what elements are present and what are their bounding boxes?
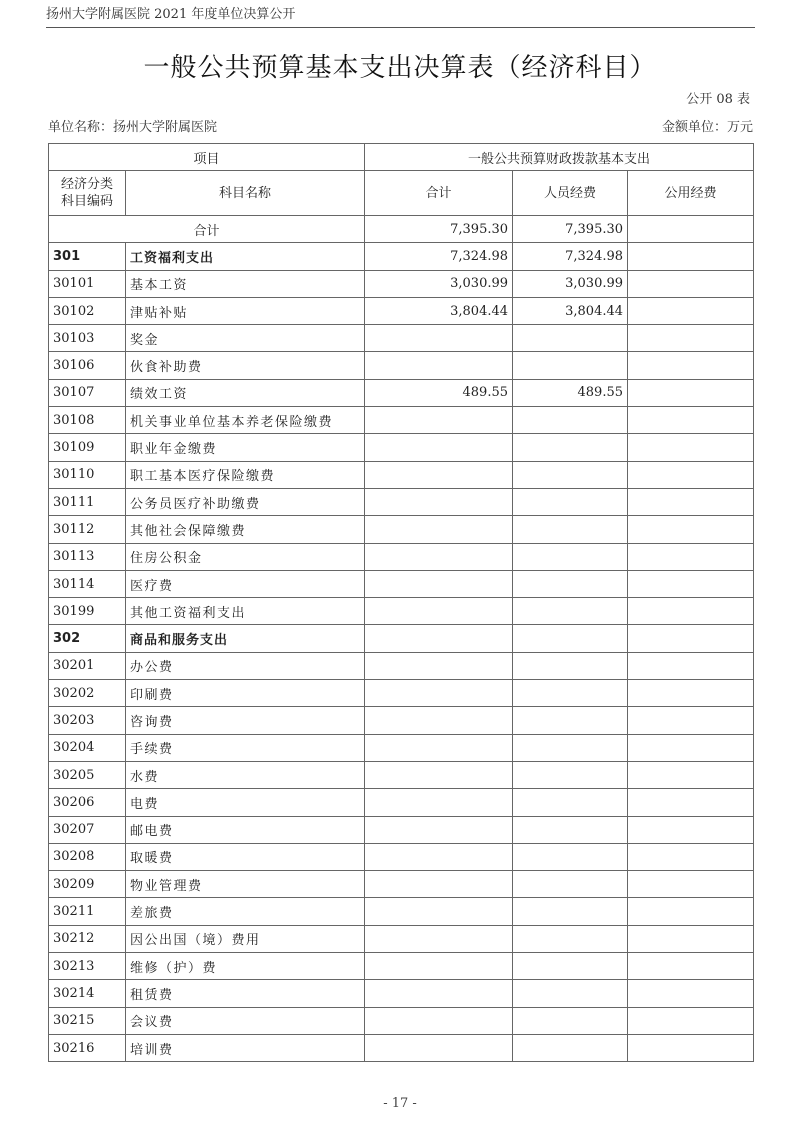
cell-staff [513,898,628,925]
cell-code: 30201 [49,652,126,679]
cell-staff [513,816,628,843]
cell-public [628,816,754,843]
cell-staff [513,707,628,734]
cell-code: 30204 [49,734,126,761]
cell-total [365,898,513,925]
cell-code: 30216 [49,1034,126,1061]
cell-name: 租赁费 [126,980,365,1007]
table-row: 30207邮电费 [49,816,754,843]
cell-name: 其他社会保障缴费 [126,516,365,543]
cell-staff [513,734,628,761]
table-row: 30112其他社会保障缴费 [49,516,754,543]
cell-code: 30211 [49,898,126,925]
cell-staff [513,1007,628,1034]
unit-info-row: 单位名称：扬州大学附属医院 金额单位：万元 [48,119,753,137]
cell-staff [513,625,628,652]
cell-public [628,488,754,515]
cell-public [628,925,754,952]
cell-staff [513,843,628,870]
table-row: 30203咨询费 [49,707,754,734]
cell-staff [513,871,628,898]
cell-code: 30112 [49,516,126,543]
group-row: 302商品和服务支出 [49,625,754,652]
cell-total [365,707,513,734]
cell-public [628,434,754,461]
cell-code: 30108 [49,407,126,434]
cell-staff [513,1034,628,1061]
cell-code: 301 [49,243,126,270]
header-code: 经济分类 科目编码 [49,171,126,216]
cell-staff: 3,030.99 [513,270,628,297]
header-group: 一般公共预算财政拨款基本支出 [365,144,754,171]
cell-staff [513,598,628,625]
table-row: 30212因公出国（境）费用 [49,925,754,952]
cell-name: 差旅费 [126,898,365,925]
table-row: 30214租赁费 [49,980,754,1007]
cell-name: 手续费 [126,734,365,761]
cell-total [365,598,513,625]
cell-total [365,925,513,952]
cell-code: 30207 [49,816,126,843]
cell-code: 30212 [49,925,126,952]
header-public: 公用经费 [628,171,754,216]
cell-public [628,543,754,570]
header-row-1: 项目 一般公共预算财政拨款基本支出 [49,144,754,171]
cell-staff [513,980,628,1007]
table-row: 30205水费 [49,761,754,788]
expenditure-table: 项目 一般公共预算财政拨款基本支出 经济分类 科目编码 科目名称 合计 人员经费… [48,143,754,1062]
cell-code: 30107 [49,379,126,406]
cell-public [628,379,754,406]
cell-name: 维修（护）费 [126,953,365,980]
cell-name: 商品和服务支出 [126,625,365,652]
cell-total [365,407,513,434]
cell-staff [513,789,628,816]
total-row: 合计 7,395.30 7,395.30 [49,216,754,243]
cell-public [628,680,754,707]
cell-total [365,871,513,898]
table-row: 30202印刷费 [49,680,754,707]
cell-staff: 7,324.98 [513,243,628,270]
total-total: 7,395.30 [365,216,513,243]
header-name: 科目名称 [126,171,365,216]
table-row: 30213维修（护）费 [49,953,754,980]
cell-code: 30213 [49,953,126,980]
header-code-line2: 科目编码 [53,193,121,210]
cell-total [365,516,513,543]
cell-name: 医疗费 [126,570,365,597]
cell-staff [513,953,628,980]
cell-code: 30101 [49,270,126,297]
table-row: 30109职业年金缴费 [49,434,754,461]
total-staff: 7,395.30 [513,216,628,243]
cell-staff [513,325,628,352]
cell-name: 住房公积金 [126,543,365,570]
cell-staff [513,925,628,952]
cell-staff [513,543,628,570]
table-row: 30106伙食补助费 [49,352,754,379]
cell-total [365,1007,513,1034]
cell-total: 3,030.99 [365,270,513,297]
cell-code: 30103 [49,325,126,352]
cell-staff [513,407,628,434]
cell-code: 30208 [49,843,126,870]
table-row: 30206电费 [49,789,754,816]
cell-name: 取暖费 [126,843,365,870]
cell-total [365,789,513,816]
header-row-2: 经济分类 科目编码 科目名称 合计 人员经费 公用经费 [49,171,754,216]
cell-code: 30111 [49,488,126,515]
cell-staff [513,352,628,379]
cell-code: 30109 [49,434,126,461]
cell-code: 30113 [49,543,126,570]
cell-name: 公务员医疗补助缴费 [126,488,365,515]
cell-total [365,352,513,379]
cell-name: 其他工资福利支出 [126,598,365,625]
cell-total [365,816,513,843]
cell-total [365,953,513,980]
cell-total [365,843,513,870]
cell-public [628,734,754,761]
group-row: 301工资福利支出7,324.987,324.98 [49,243,754,270]
cell-name: 办公费 [126,652,365,679]
cell-public [628,1034,754,1061]
cell-public [628,789,754,816]
cell-total [365,761,513,788]
cell-code: 30205 [49,761,126,788]
cell-public [628,325,754,352]
cell-staff [513,461,628,488]
cell-total: 7,324.98 [365,243,513,270]
cell-public [628,407,754,434]
cell-public [628,461,754,488]
cell-name: 职工基本医疗保险缴费 [126,461,365,488]
table-row: 30113住房公积金 [49,543,754,570]
cell-total [365,625,513,652]
cell-public [628,871,754,898]
cell-public [628,761,754,788]
amount-unit: 金额单位：万元 [662,119,753,137]
cell-name: 机关事业单位基本养老保险缴费 [126,407,365,434]
cell-name: 奖金 [126,325,365,352]
cell-public [628,598,754,625]
table-row: 30204手续费 [49,734,754,761]
cell-total: 3,804.44 [365,297,513,324]
table-row: 30208取暖费 [49,843,754,870]
total-public [628,216,754,243]
cell-name: 电费 [126,789,365,816]
cell-public [628,297,754,324]
cell-code: 30203 [49,707,126,734]
cell-public [628,953,754,980]
cell-total [365,488,513,515]
cell-name: 职业年金缴费 [126,434,365,461]
cell-public [628,570,754,597]
table-row: 30111公务员医疗补助缴费 [49,488,754,515]
cell-staff [513,434,628,461]
cell-code: 30209 [49,871,126,898]
cell-public [628,652,754,679]
page-number: - 17 - [0,1096,800,1111]
cell-code: 30106 [49,352,126,379]
cell-name: 伙食补助费 [126,352,365,379]
table-row: 30201办公费 [49,652,754,679]
table-row: 30211差旅费 [49,898,754,925]
table-number: 公开 08 表 [686,91,750,109]
cell-name: 绩效工资 [126,379,365,406]
unit-name: 单位名称：扬州大学附属医院 [48,119,217,137]
cell-name: 水费 [126,761,365,788]
cell-code: 30114 [49,570,126,597]
cell-name: 邮电费 [126,816,365,843]
table-row: 30114医疗费 [49,570,754,597]
cell-total [365,980,513,1007]
cell-total [365,680,513,707]
cell-code: 302 [49,625,126,652]
header-code-line1: 经济分类 [53,176,121,193]
cell-name: 津贴补贴 [126,297,365,324]
cell-name: 物业管理费 [126,871,365,898]
cell-name: 咨询费 [126,707,365,734]
cell-total [365,734,513,761]
cell-total [365,325,513,352]
table-row: 30215会议费 [49,1007,754,1034]
cell-staff [513,570,628,597]
total-label: 合计 [49,216,365,243]
cell-public [628,980,754,1007]
table-row: 30102津贴补贴3,804.443,804.44 [49,297,754,324]
page-title: 一般公共预算基本支出决算表（经济科目） [0,50,800,86]
cell-public [628,843,754,870]
cell-total [365,461,513,488]
cell-staff [513,516,628,543]
cell-staff [513,652,628,679]
cell-total [365,434,513,461]
cell-total [365,652,513,679]
cell-name: 基本工资 [126,270,365,297]
header-staff: 人员经费 [513,171,628,216]
cell-total [365,1034,513,1061]
header-item: 项目 [49,144,365,171]
table-row: 30209物业管理费 [49,871,754,898]
table-row: 30216培训费 [49,1034,754,1061]
cell-staff [513,761,628,788]
cell-name: 因公出国（境）费用 [126,925,365,952]
cell-name: 工资福利支出 [126,243,365,270]
running-header: 扬州大学附属医院 2021 年度单位决算公开 [46,6,755,28]
cell-name: 会议费 [126,1007,365,1034]
cell-staff [513,680,628,707]
cell-name: 培训费 [126,1034,365,1061]
cell-public [628,270,754,297]
cell-public [628,516,754,543]
cell-total [365,543,513,570]
cell-staff [513,488,628,515]
cell-code: 30199 [49,598,126,625]
cell-code: 30214 [49,980,126,1007]
table-row: 30108机关事业单位基本养老保险缴费 [49,407,754,434]
cell-code: 30215 [49,1007,126,1034]
cell-total [365,570,513,597]
cell-public [628,898,754,925]
cell-public [628,243,754,270]
cell-public [628,1007,754,1034]
cell-public [628,625,754,652]
table-row: 30110职工基本医疗保险缴费 [49,461,754,488]
header-total: 合计 [365,171,513,216]
table-row: 30107绩效工资489.55489.55 [49,379,754,406]
cell-staff: 489.55 [513,379,628,406]
cell-public [628,707,754,734]
cell-total: 489.55 [365,379,513,406]
cell-code: 30202 [49,680,126,707]
cell-name: 印刷费 [126,680,365,707]
table-row: 30101基本工资3,030.993,030.99 [49,270,754,297]
cell-code: 30110 [49,461,126,488]
table-row: 30103奖金 [49,325,754,352]
table-row: 30199其他工资福利支出 [49,598,754,625]
cell-code: 30206 [49,789,126,816]
cell-staff: 3,804.44 [513,297,628,324]
cell-code: 30102 [49,297,126,324]
cell-public [628,352,754,379]
